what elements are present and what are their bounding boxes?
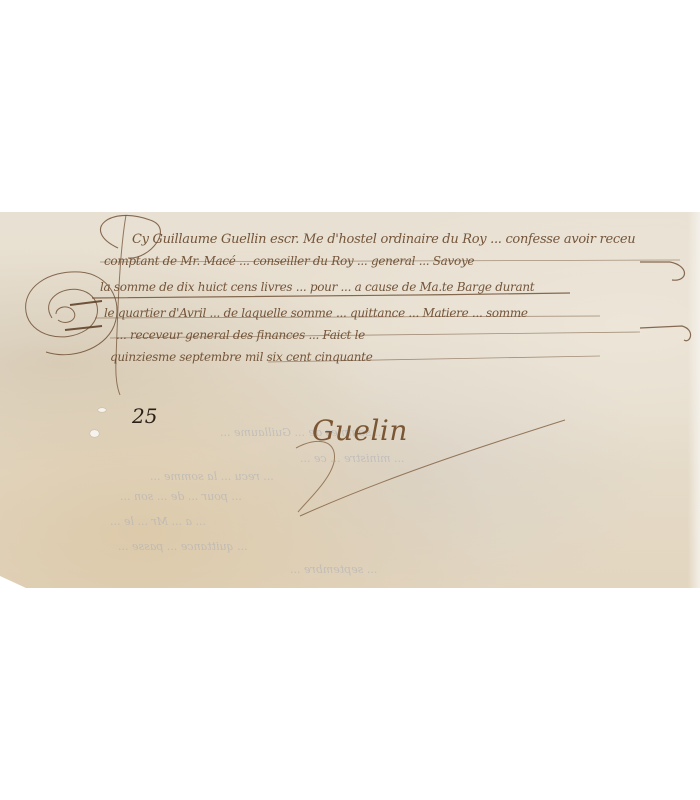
manuscript-line-4: le quartier d'Avril ... de laquelle somm… (104, 306, 528, 320)
page: ... sommes de ... Guillaume ... ... mini… (0, 0, 700, 800)
ink-flourishes (0, 0, 700, 800)
manuscript-line-1: Cy Guillaume Guellin escr. Me d'hostel o… (132, 232, 635, 247)
manuscript-line-6: quinziesme septembre mil six cent cinqua… (110, 350, 373, 364)
signature: Guelin (312, 414, 408, 447)
manuscript-line-3: la somme de dix huict cens livres ... po… (100, 280, 534, 294)
pinhole (90, 430, 99, 437)
manuscript-line-2: comptant de Mr. Macé ... conseiller du R… (104, 254, 474, 268)
manuscript-line-5: ... receveur general des finances ... Fa… (116, 328, 365, 342)
folio-number: 25 (132, 404, 157, 428)
pinhole (98, 408, 106, 412)
